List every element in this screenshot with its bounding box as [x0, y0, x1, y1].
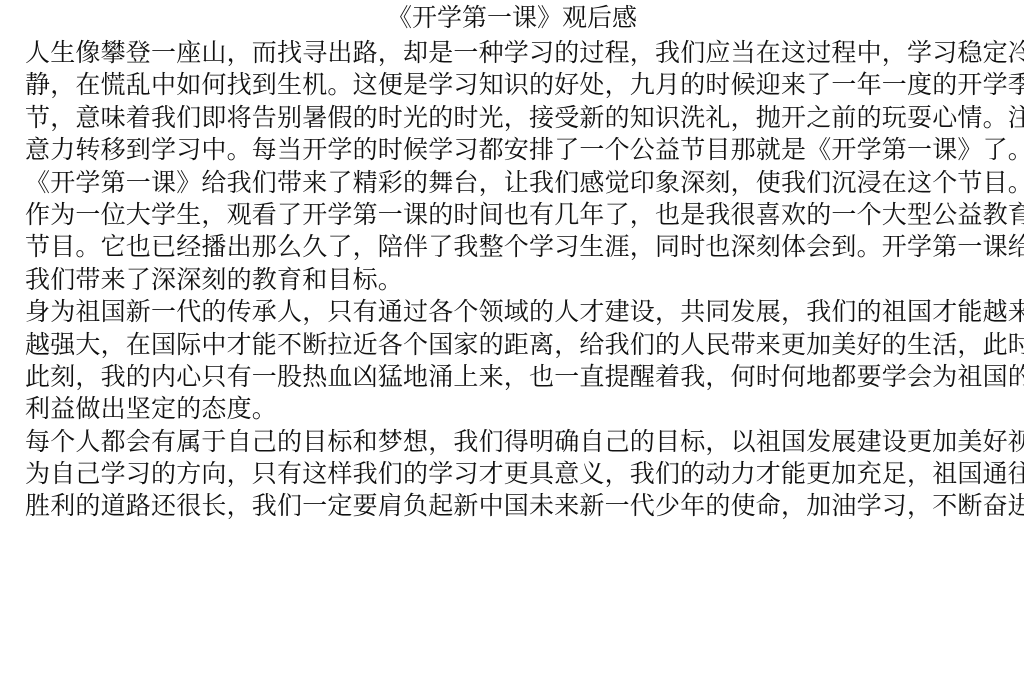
- text-line: 意力转移到学习中。每当开学的时候学习都安排了一个公益节目那就是《开学第一课》了。: [25, 134, 1005, 166]
- paragraph-1: 人生像攀登一座山，而找寻出路，却是一种学习的过程，我们应当在这过程中，学习稳定冷…: [25, 37, 1005, 296]
- text-line: 为自己学习的方向，只有这样我们的学习才更具意义，我们的动力才能更加充足，祖国通往: [25, 458, 1005, 490]
- text-line: 胜利的道路还很长，我们一定要肩负起新中国未来新一代少年的使命，加油学习，不断奋进…: [25, 490, 1005, 522]
- document-page: 《开学第一课》观后感 人生像攀登一座山，而找寻出路，却是一种学习的过程，我们应当…: [0, 0, 1024, 688]
- text-line: 越强大，在国际中才能不断拉近各个国家的距离，给我们的人民带来更加美好的生活，此时: [25, 329, 1005, 361]
- text-line: 我们带来了深深刻的教育和目标。: [25, 264, 1005, 296]
- text-line: 此刻，我的内心只有一股热血凶猛地涌上来，也一直提醒着我，何时何地都要学会为祖国的: [25, 361, 1005, 393]
- document-title: 《开学第一课》观后感: [0, 3, 1024, 33]
- text-line: 节目。它也已经播出那么久了，陪伴了我整个学习生涯，同时也深刻体会到。开学第一课给: [25, 231, 1005, 263]
- paragraph-3: 每个人都会有属于自己的目标和梦想，我们得明确自己的目标，以祖国发展建设更加美好视…: [25, 426, 1005, 523]
- paragraph-2: 身为祖国新一代的传承人，只有通过各个领域的人才建设，共同发展，我们的祖国才能越来…: [25, 296, 1005, 426]
- text-line: 节，意味着我们即将告别暑假的时光的时光，接受新的知识洗礼，抛开之前的玩耍心情。注: [25, 102, 1005, 134]
- document-body: 人生像攀登一座山，而找寻出路，却是一种学习的过程，我们应当在这过程中，学习稳定冷…: [25, 37, 1005, 523]
- text-line: 静，在慌乱中如何找到生机。这便是学习知识的好处，九月的时候迎来了一年一度的开学季: [25, 69, 1005, 101]
- text-line: 人生像攀登一座山，而找寻出路，却是一种学习的过程，我们应当在这过程中，学习稳定冷: [25, 37, 1005, 69]
- text-line: 利益做出坚定的态度。: [25, 393, 1005, 425]
- text-line: 身为祖国新一代的传承人，只有通过各个领域的人才建设，共同发展，我们的祖国才能越来: [25, 296, 1005, 328]
- text-line: 作为一位大学生，观看了开学第一课的时间也有几年了，也是我很喜欢的一个大型公益教育: [25, 199, 1005, 231]
- text-line: 《开学第一课》给我们带来了精彩的舞台，让我们感觉印象深刻，使我们沉浸在这个节目。: [25, 167, 1005, 199]
- text-line: 每个人都会有属于自己的目标和梦想，我们得明确自己的目标，以祖国发展建设更加美好视: [25, 426, 1005, 458]
